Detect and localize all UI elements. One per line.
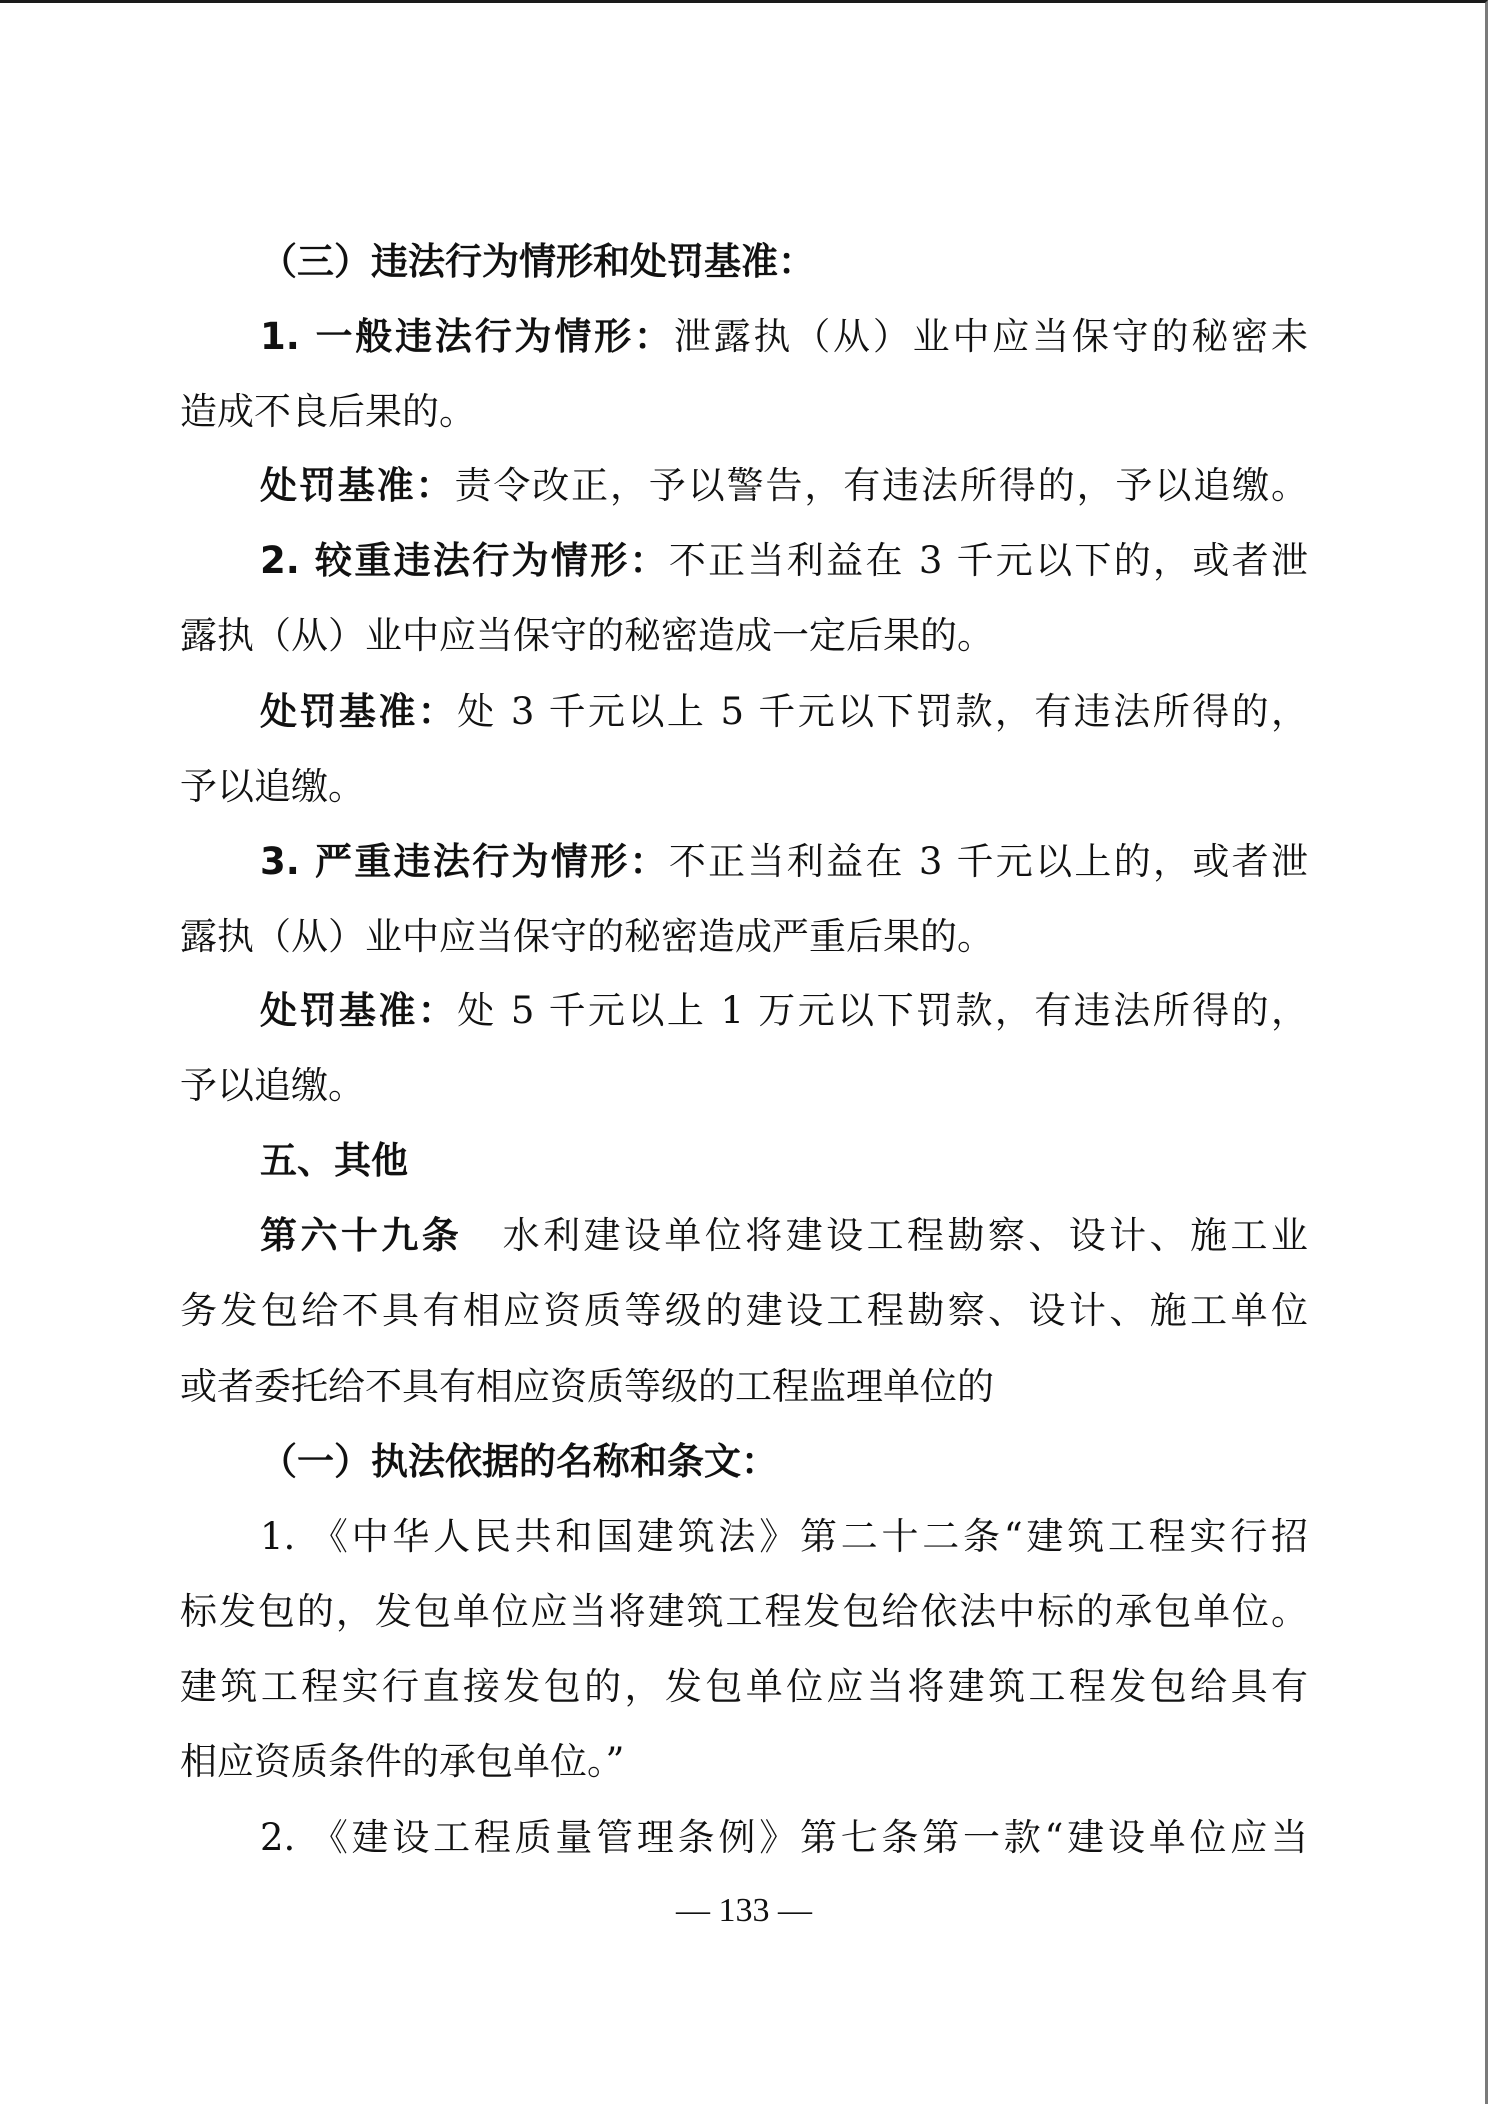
bold-run: 3. 严重违法行为情形： bbox=[260, 840, 669, 883]
bold-run: 处罚基准： bbox=[260, 690, 457, 733]
legal-basis-line: 标发包的，发包单位应当将建筑工程发包给依法中标的承包单位。 bbox=[180, 1586, 1308, 1638]
text-run: 处 3 千元以上 5 千元以下罚款，有违法所得的， bbox=[457, 690, 1308, 733]
subsection-heading-legal-basis: （一）执法依据的名称和条文： bbox=[180, 1436, 1308, 1488]
text-run: 予以追缴。 bbox=[180, 765, 365, 808]
article-69-line: 第六十九条 水利建设单位将建设工程勘察、设计、施工业 bbox=[180, 1210, 1308, 1262]
legal-basis-line: 建筑工程实行直接发包的，发包单位应当将建筑工程发包给具有 bbox=[180, 1661, 1308, 1713]
text-run: 责令改正，予以警告，有违法所得的，予以追缴。 bbox=[454, 464, 1308, 507]
text-run: 露执（从）业中应当保守的秘密造成严重后果的。 bbox=[180, 915, 994, 958]
text-run: 务发包给不具有相应资质等级的建设工程勘察、设计、施工单位 bbox=[180, 1289, 1308, 1332]
text-run: 建筑工程实行直接发包的，发包单位应当将建筑工程发包给具有 bbox=[180, 1665, 1308, 1708]
document-page: （三）违法行为情形和处罚基准： 1. 一般违法行为情形：泄露执（从）业中应当保守… bbox=[0, 0, 1488, 2104]
text-run: 相应资质条件的承包单位。” bbox=[180, 1740, 624, 1783]
paragraph-line: 予以追缴。 bbox=[180, 761, 1308, 813]
bold-run: 处罚基准： bbox=[260, 989, 457, 1032]
text-run: 2. 《建设工程质量管理条例》第七条第一款“建设单位应当 bbox=[260, 1816, 1308, 1859]
text-run: 不正当利益在 3 千元以下的，或者泄 bbox=[669, 539, 1308, 582]
paragraph-line: 2. 较重违法行为情形：不正当利益在 3 千元以下的，或者泄 bbox=[180, 535, 1308, 587]
paragraph-line: 3. 严重违法行为情形：不正当利益在 3 千元以上的，或者泄 bbox=[180, 836, 1308, 888]
bold-run: 第六十九条 bbox=[260, 1214, 462, 1257]
paragraph-line: 造成不良后果的。 bbox=[180, 386, 1308, 438]
bold-run: 五、其他 bbox=[260, 1139, 408, 1182]
section-heading-other: 五、其他 bbox=[180, 1135, 1308, 1187]
bold-run: （三）违法行为情形和处罚基准： bbox=[260, 240, 815, 283]
text-run: 1. 《中华人民共和国建筑法》第二十二条“建筑工程实行招 bbox=[260, 1515, 1308, 1558]
paragraph-line: 处罚基准：责令改正，予以警告，有违法所得的，予以追缴。 bbox=[180, 460, 1308, 512]
text-run: 或者委托给不具有相应资质等级的工程监理单位的 bbox=[180, 1365, 994, 1408]
text-run: 标发包的，发包单位应当将建筑工程发包给依法中标的承包单位。 bbox=[180, 1590, 1308, 1633]
paragraph-line: 处罚基准：处 5 千元以上 1 万元以下罚款，有违法所得的， bbox=[180, 985, 1308, 1037]
paragraph-line: 予以追缴。 bbox=[180, 1060, 1308, 1112]
text-run: 处 5 千元以上 1 万元以下罚款，有违法所得的， bbox=[457, 989, 1308, 1032]
text-run: 予以追缴。 bbox=[180, 1064, 365, 1107]
bold-run: （一）执法依据的名称和条文： bbox=[260, 1440, 778, 1483]
paragraph-line: 露执（从）业中应当保守的秘密造成一定后果的。 bbox=[180, 610, 1308, 662]
bold-run: 2. 较重违法行为情形： bbox=[260, 539, 669, 582]
legal-basis-line: 1. 《中华人民共和国建筑法》第二十二条“建筑工程实行招 bbox=[180, 1511, 1308, 1563]
article-69-line: 务发包给不具有相应资质等级的建设工程勘察、设计、施工单位 bbox=[180, 1285, 1308, 1337]
page-number: — 133 — bbox=[0, 1887, 1488, 1935]
subsection-heading-violation-standards: （三）违法行为情形和处罚基准： bbox=[180, 236, 1308, 288]
text-run: 水利建设单位将建设工程勘察、设计、施工业 bbox=[462, 1214, 1308, 1257]
text-run: 露执（从）业中应当保守的秘密造成一定后果的。 bbox=[180, 614, 994, 657]
paragraph-line: 1. 一般违法行为情形：泄露执（从）业中应当保守的秘密未 bbox=[180, 311, 1308, 363]
legal-basis-line: 2. 《建设工程质量管理条例》第七条第一款“建设单位应当 bbox=[180, 1812, 1308, 1864]
legal-basis-line: 相应资质条件的承包单位。” bbox=[180, 1736, 1308, 1788]
bold-run: 1. 一般违法行为情形： bbox=[260, 315, 674, 358]
paragraph-line: 露执（从）业中应当保守的秘密造成严重后果的。 bbox=[180, 911, 1308, 963]
text-run: 不正当利益在 3 千元以上的，或者泄 bbox=[669, 840, 1308, 883]
text-run: 造成不良后果的。 bbox=[180, 390, 476, 433]
article-69-line: 或者委托给不具有相应资质等级的工程监理单位的 bbox=[180, 1361, 1308, 1413]
text-run: 泄露执（从）业中应当保守的秘密未 bbox=[674, 315, 1308, 358]
bold-run: 处罚基准： bbox=[260, 464, 454, 507]
paragraph-line: 处罚基准：处 3 千元以上 5 千元以下罚款，有违法所得的， bbox=[180, 686, 1308, 738]
